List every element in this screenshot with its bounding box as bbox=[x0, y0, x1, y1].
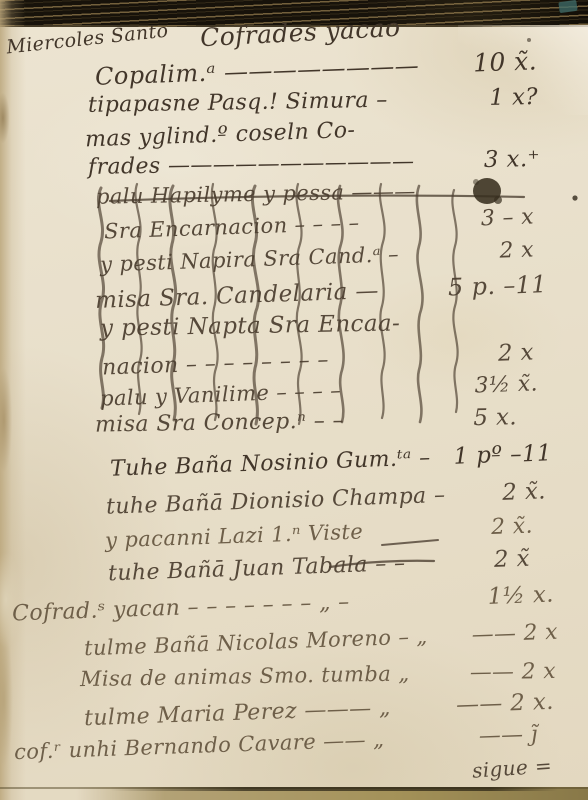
entry-amount: 3 – x bbox=[480, 205, 534, 232]
entry-amount: 10 x̃. bbox=[473, 46, 538, 77]
entry-label: misa Sra Concep.ⁿ – – bbox=[95, 408, 344, 437]
entry-amount: 1 pº –11 bbox=[453, 440, 552, 469]
manuscript-scan: Miercoles Santo Cofrades yacao Copalim.ᵃ… bbox=[0, 0, 588, 800]
entry-amount: 5 p. –11 bbox=[448, 270, 548, 301]
entry-amount: 1½ x. bbox=[487, 582, 554, 610]
entry-amount: 2 x̃. bbox=[491, 514, 534, 540]
page-gap-shadow bbox=[110, 787, 558, 791]
torn-left-edge bbox=[0, 0, 26, 800]
entry-amount: 2 x̃ bbox=[494, 546, 531, 573]
entry-label: Misa de animas Smo. tumba „ bbox=[80, 661, 410, 691]
entry-amount: 2 x bbox=[499, 237, 534, 263]
entry-amount: 2 x̃. bbox=[502, 478, 546, 506]
entry-amount: 3½ x̃. bbox=[474, 371, 538, 398]
entry-label: tipapasne Pasq.! Simura – bbox=[88, 88, 388, 118]
entry-amount: 2 x bbox=[497, 339, 534, 366]
entry-amount: 5 x. bbox=[473, 404, 517, 431]
entry-amount: —— 2 x bbox=[470, 659, 557, 685]
entry-amount: —— 2 x. bbox=[456, 689, 555, 718]
entry-label: y pesti Napta Sra Encaa- bbox=[100, 310, 401, 341]
entry-amount: 1 x? bbox=[489, 84, 538, 111]
entry-amount: —— 2 x bbox=[471, 620, 558, 648]
entry-amount: —— ȷ̃ bbox=[478, 722, 538, 749]
entry-amount: 3 x.⁺ bbox=[484, 146, 541, 173]
